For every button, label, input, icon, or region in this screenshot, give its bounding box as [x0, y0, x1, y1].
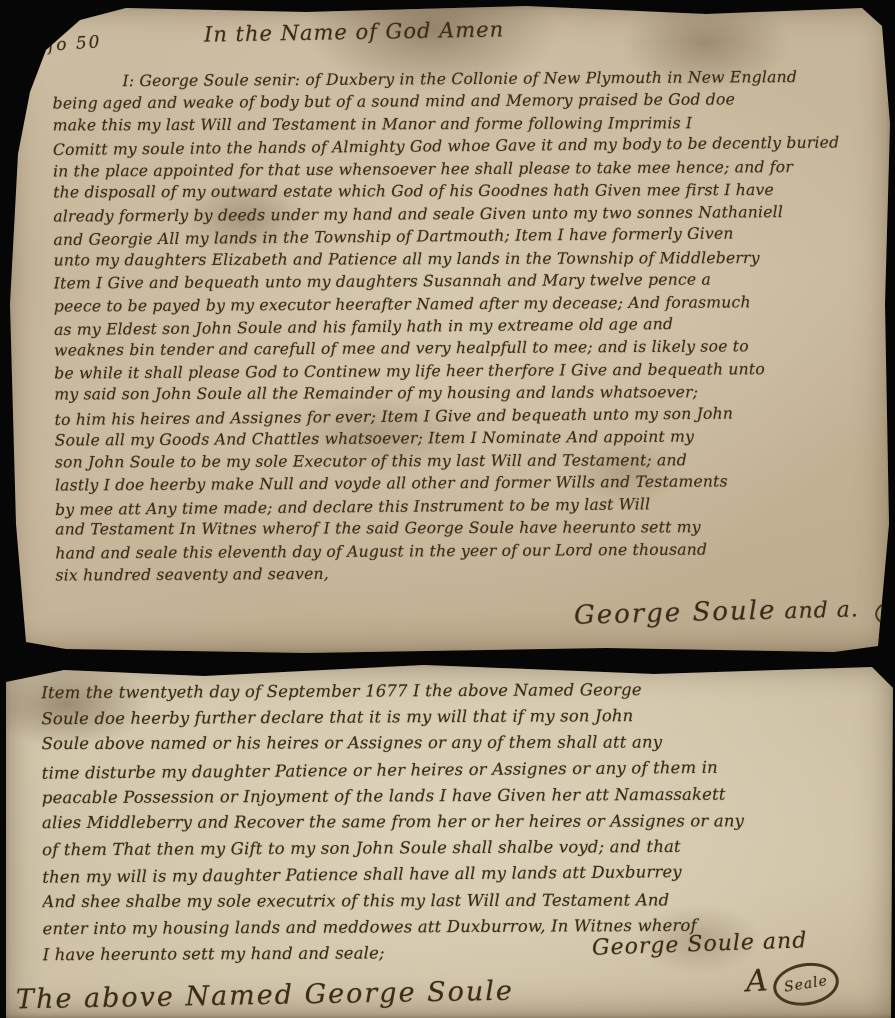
seal-mark: Seale [873, 591, 895, 631]
manuscript-line: the disposall of my outward estate which… [53, 179, 889, 204]
folio-marker: fo 50 [47, 32, 102, 56]
signature-name: George Soule [574, 595, 777, 630]
signature-joiner: and a. [784, 597, 859, 624]
signature-initial: A [745, 963, 769, 999]
manuscript-line: six hundred seaventy and seaven, [55, 559, 891, 587]
manuscript-line: son John Soule to be my sole Executor of… [55, 448, 891, 473]
manuscript-line: And shee shalbe my sole executrix of thi… [42, 887, 888, 915]
will-body-text: I: George Soule senir: of Duxbery in the… [52, 65, 891, 587]
codicil-seal-group: ASeale [745, 960, 840, 1009]
signature-george-soule: George Soule and a. Seale [574, 591, 895, 636]
manuscript-scan: fo 50 In the Name of God Amen I: George … [0, 0, 895, 1018]
will-heading: In the Name of God Amen [204, 17, 505, 46]
attestation-fragment: The above Named George Soule [16, 976, 514, 1016]
manuscript-page-1: fo 50 In the Name of God Amen I: George … [6, 4, 892, 654]
manuscript-line: alies Middleberry and Recover the same f… [42, 808, 888, 836]
manuscript-page-2: Item the twentyeth day of September 1677… [4, 662, 895, 1018]
manuscript-line: Soule doe heerby further declare that it… [41, 702, 887, 733]
manuscript-line: unto my daughters Elizabeth and Patience… [54, 246, 890, 271]
codicil-body-text: Item the twentyeth day of September 1677… [41, 676, 888, 969]
seal-mark-2: Seale [770, 958, 842, 1010]
manuscript-line: and Testament In Witnes wherof I the sai… [55, 516, 891, 541]
